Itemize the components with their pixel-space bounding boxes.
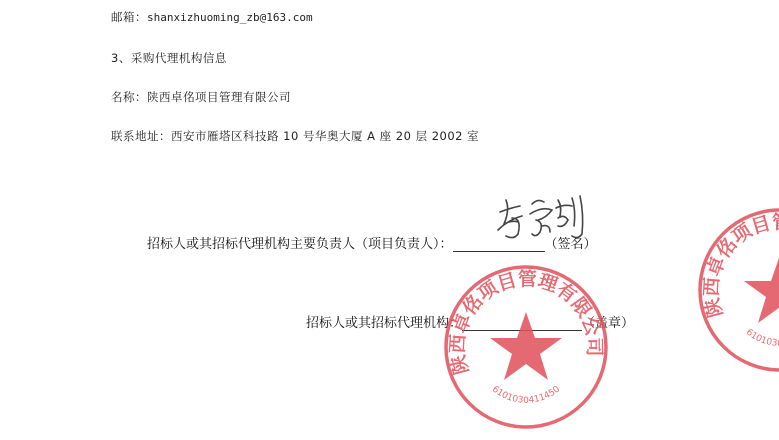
seal-label: 招标人或其招标代理机构： [306,316,462,331]
section-heading: 3、采购代理机构信息 [111,50,227,66]
agency-address: 联系地址：西安市雁塔区科技路 10 号华奥大厦 A 座 20 层 2002 室 [111,128,479,144]
svg-text:6101030411450: 6101030411450 [744,327,779,348]
agency-name: 名称：陕西卓佲项目管理有限公司 [111,89,291,105]
email-label: 邮箱： [111,10,147,24]
signature-label: 招标人或其招标代理机构主要负责人（项目负责人）： [147,237,453,252]
svg-text:6101030411450: 6101030411450 [490,384,562,405]
company-seal-partial: 陕西卓佲项目管理有限公司 6101030411450 [695,205,779,375]
email-line: 邮箱：shanxizhuoming_zb@163.com [111,9,313,25]
email-value: shanxizhuoming_zb@163.com [147,11,313,24]
handwritten-signature [492,190,602,250]
company-seal: 陕西卓佲项目管理有限公司 6101030411450 [441,262,611,432]
